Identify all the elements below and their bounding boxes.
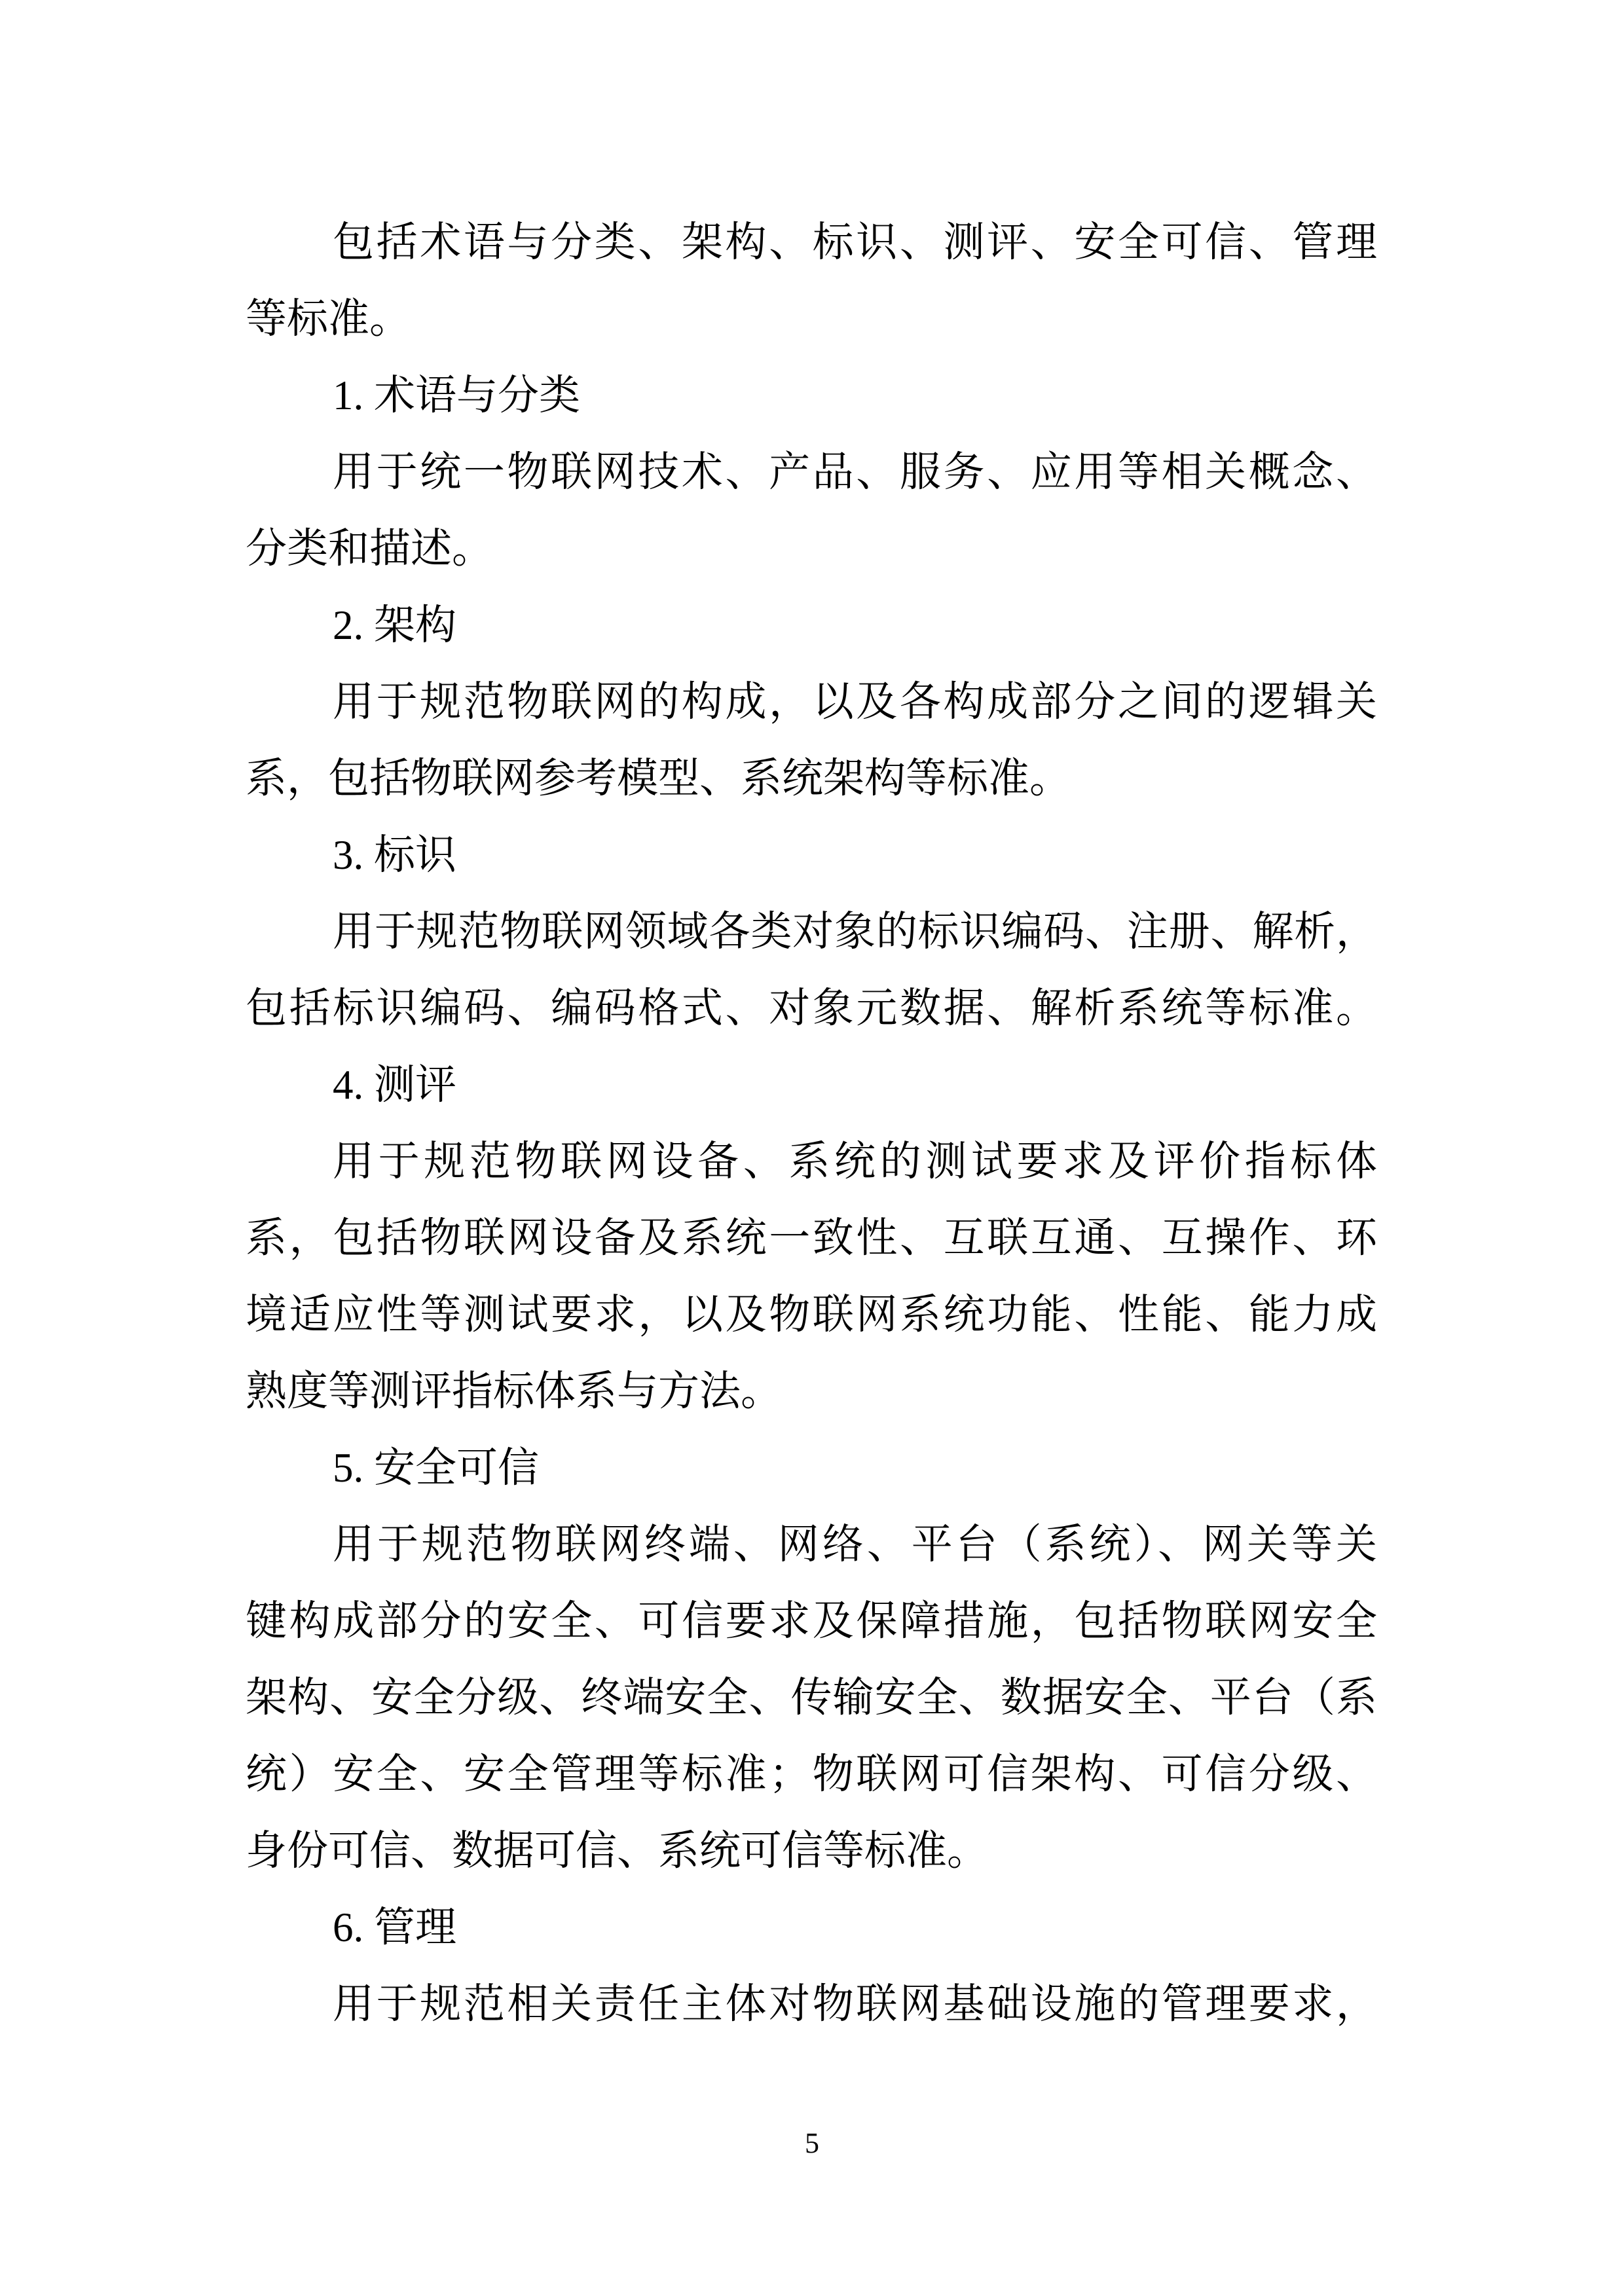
- section-heading: 6. 管理: [246, 1889, 1377, 1966]
- text-line: 包括术语与分类、架构、标识、测评、安全可信、管理: [246, 204, 1377, 281]
- text-line: 熟度等测评指标体系与方法。: [246, 1353, 1377, 1430]
- document-page: 包括术语与分类、架构、标识、测评、安全可信、管理 等标准。 1. 术语与分类 用…: [0, 0, 1624, 2296]
- text-line: 系，包括物联网参考模型、系统架构等标准。: [246, 740, 1377, 817]
- text-line: 用于规范相关责任主体对物联网基础设施的管理要求，: [246, 1966, 1377, 2043]
- section-heading: 3. 标识: [246, 817, 1377, 894]
- text-line: 身份可信、数据可信、系统可信等标准。: [246, 1813, 1377, 1889]
- text-line: 架构、安全分级、终端安全、传输安全、数据安全、平台（系: [246, 1660, 1377, 1736]
- section-heading: 1. 术语与分类: [246, 357, 1377, 434]
- section-heading: 2. 架构: [246, 587, 1377, 664]
- text-line: 键构成部分的安全、可信要求及保障措施，包括物联网安全: [246, 1583, 1377, 1660]
- page-number: 5: [0, 2128, 1624, 2159]
- text-line: 用于规范物联网领域各类对象的标识编码、注册、解析，: [246, 894, 1377, 970]
- text-line: 统）安全、安全管理等标准；物联网可信架构、可信分级、: [246, 1736, 1377, 1813]
- text-line: 系，包括物联网设备及系统一致性、互联互通、互操作、环: [246, 1200, 1377, 1277]
- text-line: 包括标识编码、编码格式、对象元数据、解析系统等标准。: [246, 970, 1377, 1047]
- section-heading: 5. 安全可信: [246, 1430, 1377, 1506]
- text-line: 用于统一物联网技术、产品、服务、应用等相关概念、: [246, 434, 1377, 511]
- text-line: 境适应性等测试要求，以及物联网系统功能、性能、能力成: [246, 1277, 1377, 1353]
- body-text: 包括术语与分类、架构、标识、测评、安全可信、管理 等标准。 1. 术语与分类 用…: [246, 204, 1377, 2043]
- text-line: 分类和描述。: [246, 511, 1377, 587]
- text-line: 用于规范物联网设备、系统的测试要求及评价指标体: [246, 1123, 1377, 1200]
- text-line: 用于规范物联网终端、网络、平台（系统）、网关等关: [246, 1506, 1377, 1583]
- text-line: 用于规范物联网的构成，以及各构成部分之间的逻辑关: [246, 664, 1377, 740]
- text-line: 等标准。: [246, 281, 1377, 357]
- section-heading: 4. 测评: [246, 1047, 1377, 1123]
